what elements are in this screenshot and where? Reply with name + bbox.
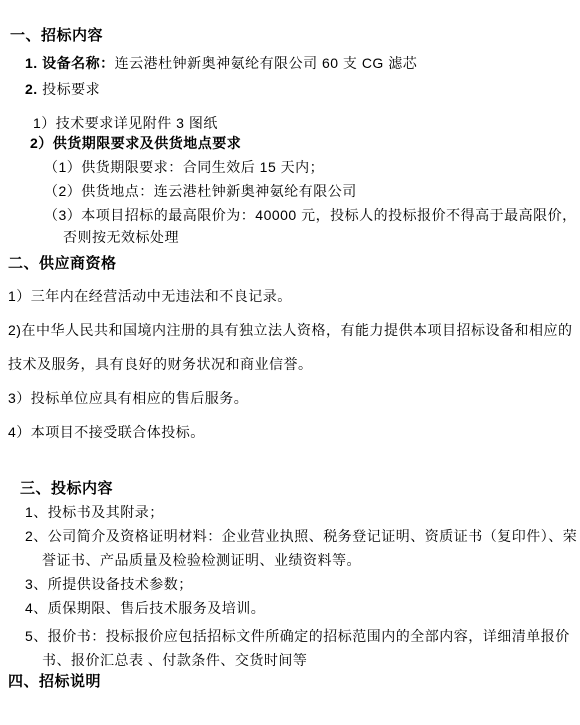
section4-heading: 四、招标说明: [8, 674, 101, 690]
section3-heading: 三、投标内容: [20, 481, 113, 497]
section2-item4-no-consortium: 4）本项目不接受联合体投标。: [8, 424, 205, 440]
section2-item1-no-violations: 1）三年内在经营活动中无违法和不良记录。: [8, 288, 292, 304]
section1-item1-label: 1. 设备名称：: [25, 55, 115, 71]
section1-item2-label: 2.: [25, 81, 42, 97]
section1-item1-device-name: 1. 设备名称：连云港杜钟新奥神氨纶有限公司 60 支 CG 滤芯: [25, 55, 417, 71]
section3-item1-bid-letter: 1、投标书及其附录；: [25, 504, 164, 520]
section1-item2-bid-requirements: 2. 投标要求: [25, 81, 100, 97]
tender-document-page: 一、招标内容 1. 设备名称：连云港杜钟新奥神氨纶有限公司 60 支 CG 滤芯…: [0, 0, 580, 725]
section3-item3-technical-parameters: 3、所提供设备技术参数；: [25, 576, 193, 592]
section1-sub1-technical-requirements: 1）技术要求详见附件 3 图纸: [33, 115, 218, 131]
section1-sub2-heading-delivery: 2）供货期限要求及供货地点要求: [30, 135, 241, 151]
section1-sub2-item1-delivery-period: （1）供货期限要求：合同生效后 15 天内；: [44, 159, 324, 175]
section3-item5-quotation-line2: 书、报价汇总表 、付款条件、交货时间等: [42, 652, 307, 668]
section1-sub2-item3-price-limit-line1: （3）本项目招标的最高限价为：40000 元，投标人的投标报价不得高于最高限价，: [44, 207, 577, 223]
section1-heading: 一、招标内容: [10, 28, 103, 44]
section1-sub2-item2-delivery-place: （2）供货地点：连云港杜钟新奥神氨纶有限公司: [44, 183, 357, 199]
section2-item2-legal-entity-line1: 2)在中华人民共和国境内注册的具有独立法人资格，有能力提供本项目招标设备和相应的: [8, 322, 572, 338]
section3-item4-warranty-training: 4、质保期限、售后技术服务及培训。: [25, 600, 265, 616]
section2-item2-legal-entity-line2: 技术及服务，具有良好的财务状况和商业信誉。: [8, 356, 313, 372]
section1-item2-text: 投标要求: [42, 81, 100, 97]
section3-item2-company-profile-line2: 誉证书、产品质量及检验检测证明、业绩资料等。: [42, 552, 361, 568]
section1-item1-text: 连云港杜钟新奥神氨纶有限公司 60 支 CG 滤芯: [115, 55, 418, 71]
section3-item2-company-profile-line1: 2、公司简介及资格证明材料：企业营业执照、税务登记证明、资质证书（复印件）、荣: [25, 528, 577, 544]
section1-sub2-item3-price-limit-line2: 否则按无效标处理: [63, 229, 179, 245]
section2-item3-after-sales: 3）投标单位应具有相应的售后服务。: [8, 390, 248, 406]
section2-heading: 二、供应商资格: [8, 256, 117, 272]
section3-item5-quotation-line1: 5、报价书：投标报价应包括招标文件所确定的招标范围内的全部内容，详细清单报价: [25, 628, 570, 644]
